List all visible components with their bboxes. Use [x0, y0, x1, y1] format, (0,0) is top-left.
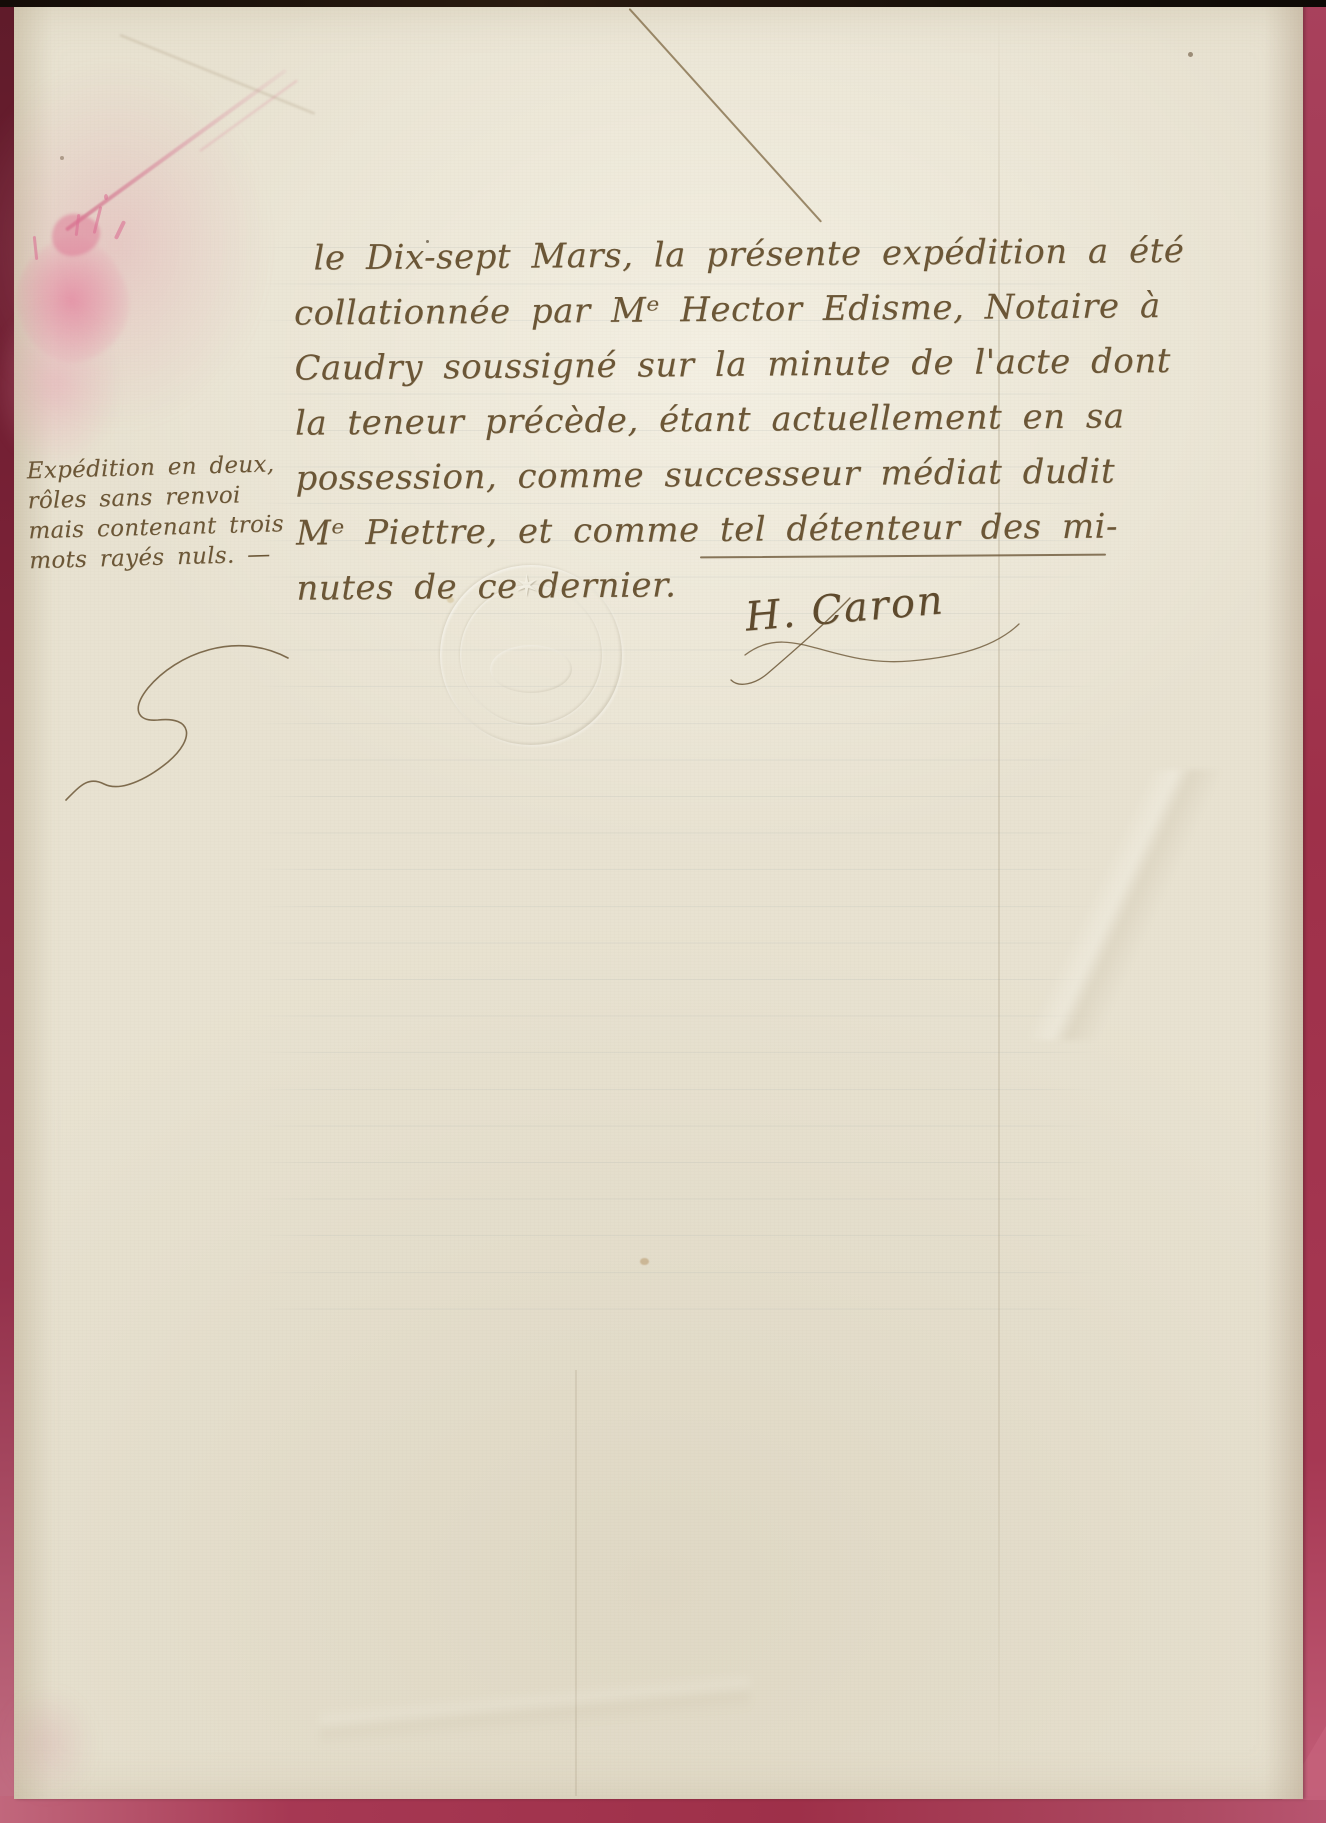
foxing-spot	[447, 597, 454, 603]
foxing-spot	[1188, 52, 1193, 57]
manuscript-line: possession, comme successeur médiat dudi…	[295, 444, 1135, 506]
pink-stain-splatter	[104, 194, 108, 200]
scanned-manuscript-page: ✶ le Dix-sept Mars, la présente expéditi…	[0, 0, 1326, 1823]
manuscript-line: le Dix-sept Mars, la présente expédition…	[293, 224, 1133, 286]
foxing-spot	[60, 156, 64, 160]
signature-descender-stroke	[715, 588, 860, 696]
manuscript-line: collationnée par Mᵉ Hector Edisme, Notai…	[294, 279, 1134, 341]
manuscript-line: Mᵉ Piettre, et comme tel détenteur des m…	[296, 499, 1136, 561]
foxing-spot	[640, 1258, 649, 1265]
scan-top-edge-shadow	[0, 0, 1326, 7]
manuscript-line: Caudry soussigné sur la minute de l'acte…	[294, 334, 1134, 396]
paper-wrinkle	[320, 1630, 750, 1780]
paraph-flourish	[36, 628, 292, 808]
paper-wrinkle	[1015, 770, 1225, 1040]
pink-stain-blob	[0, 300, 120, 470]
binder-cover-right-edge	[1301, 0, 1326, 1823]
manuscript-line: la teneur précède, étant actuellement en…	[295, 389, 1135, 451]
seal-center-emblem	[490, 645, 572, 693]
margin-annotation: Expédition en deux, rôles sans renvoi ma…	[26, 448, 339, 577]
ink-speck	[426, 240, 429, 243]
binder-cover-bottom-edge	[0, 1796, 1326, 1823]
pink-stain-corner	[0, 1688, 95, 1800]
